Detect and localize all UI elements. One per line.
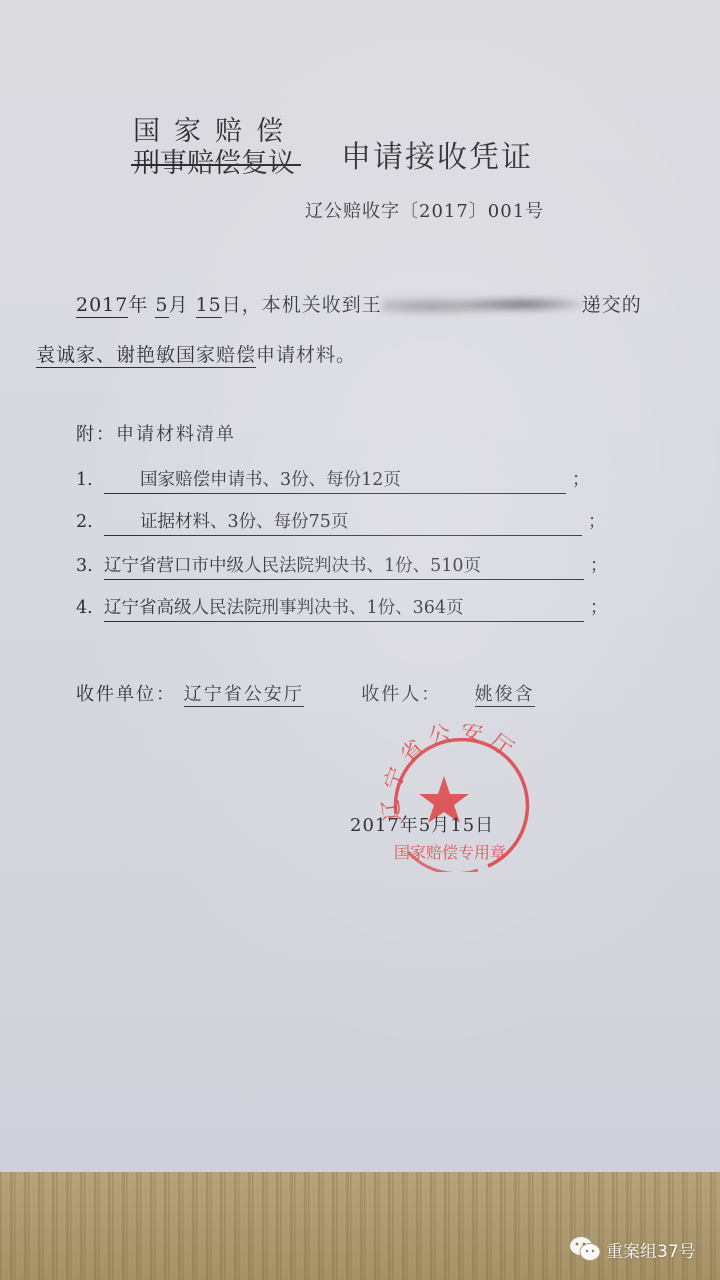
document-number: 辽公赔收字〔2017〕001号 bbox=[305, 197, 544, 223]
document-paper: 国家赔偿 刑事赔偿复议 申请接收凭证 辽公赔收字〔2017〕001号 2017年… bbox=[0, 0, 720, 1172]
body-line-1: 2017年 5月 15日，本机关收到王递交的 bbox=[36, 290, 676, 322]
month-suffix: 月 bbox=[169, 294, 189, 316]
svg-text:国家赔偿专用章: 国家赔偿专用章 bbox=[394, 843, 506, 862]
attachment-item: 2. 证据材料、3份、每份75页 ； bbox=[76, 508, 606, 536]
item-end: ； bbox=[590, 594, 608, 619]
attachments-heading: 附：申请材料清单 bbox=[76, 420, 236, 446]
receiving-unit-value: 辽宁省公安厅 bbox=[184, 684, 304, 707]
date-month: 5 bbox=[155, 294, 168, 318]
body-tail: 申请材料。 bbox=[256, 344, 356, 366]
item-number: 2. bbox=[76, 512, 104, 532]
item-text: 国家赔偿申请书、3份、每份12页 bbox=[104, 466, 566, 494]
year-suffix: 年 bbox=[128, 294, 148, 316]
attachment-item: 4. 辽宁省高级人民法院刑事判决书、1份、364页 ； bbox=[76, 594, 608, 622]
title-handwritten-replacement: 国家赔偿 bbox=[133, 116, 297, 148]
redacted-name bbox=[382, 290, 582, 322]
date-year: 2017 bbox=[76, 294, 128, 318]
signed-date: 2017年5月15日 bbox=[350, 811, 494, 837]
item-number: 4. bbox=[76, 598, 104, 618]
item-end: ； bbox=[588, 508, 606, 533]
wechat-icon bbox=[568, 1235, 602, 1263]
item-end: ； bbox=[590, 552, 608, 577]
attachment-item: 3. 辽宁省营口市中级人民法院判决书、1份、510页 ； bbox=[76, 552, 608, 580]
page-title: 申请接收凭证 bbox=[341, 132, 533, 176]
date-day: 15 bbox=[196, 294, 222, 318]
item-end: ； bbox=[572, 466, 590, 491]
item-text: 证据材料、3份、每份75页 bbox=[104, 508, 582, 536]
receiver-label: 收件人： bbox=[361, 684, 441, 705]
watermark-text: 重案组37号 bbox=[606, 1237, 696, 1262]
item-number: 1. bbox=[76, 470, 104, 490]
day-suffix: 日，本机关收到王 bbox=[222, 294, 382, 316]
official-seal-icon: 辽 宁 省 公 安 厅 国家赔偿专用章 bbox=[378, 724, 538, 872]
after-redacted-text: 递交的 bbox=[582, 294, 642, 316]
title-group: 国家赔偿 刑事赔偿复议 bbox=[133, 116, 297, 180]
attachment-item: 1. 国家赔偿申请书、3份、每份12页 ； bbox=[76, 466, 590, 494]
item-text: 辽宁省营口市中级人民法院判决书、1份、510页 bbox=[104, 552, 584, 580]
item-number: 3. bbox=[76, 556, 104, 576]
title-struck-text: 刑事赔偿复议 bbox=[133, 148, 295, 180]
receiver-row: 收件单位： 辽宁省公安厅 收件人： 姚俊含 bbox=[76, 680, 535, 706]
receiver-value: 姚俊含 bbox=[475, 684, 535, 707]
watermark: 重案组37号 bbox=[568, 1235, 696, 1263]
body-line-2: 袁诚家、谢艳敏国家赔偿申请材料。 bbox=[36, 340, 676, 367]
item-text: 辽宁省高级人民法院刑事判决书、1份、364页 bbox=[104, 594, 584, 622]
applicants: 袁诚家、谢艳敏国家赔偿 bbox=[36, 344, 256, 368]
wooden-table-background bbox=[0, 1172, 720, 1280]
receiving-unit-label: 收件单位： bbox=[76, 684, 176, 705]
